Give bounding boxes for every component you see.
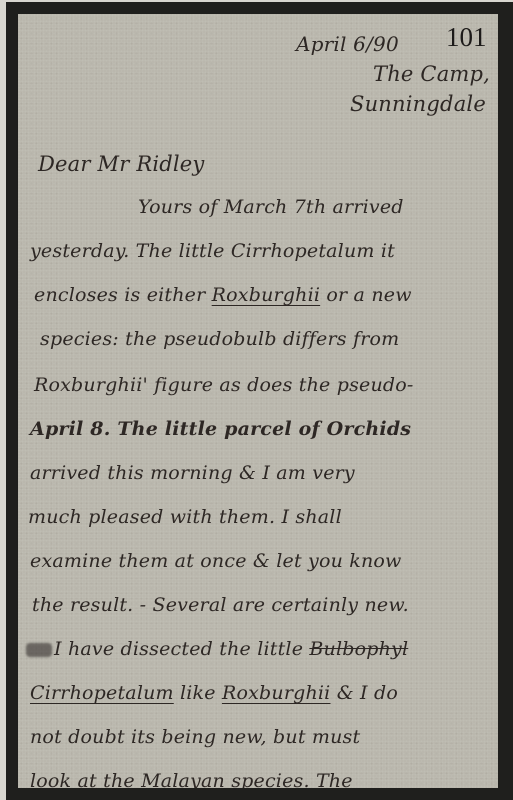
genus-name: Cirrhopetalum bbox=[231, 240, 375, 262]
underlined-genus-name: Cirrhopetalum bbox=[30, 682, 174, 704]
body-text: examine them at once & let you know bbox=[30, 550, 402, 572]
body-text: like bbox=[174, 682, 222, 704]
body-line: encloses is either Roxburghii or a new bbox=[34, 284, 412, 306]
body-text: I have dissected the little bbox=[54, 638, 309, 660]
body-text: look at the Malayan species. The bbox=[30, 770, 353, 788]
address-line-1: The Camp, bbox=[373, 62, 490, 86]
body-line: not doubt its being new, but must bbox=[30, 726, 360, 748]
body-line: much pleased with them. I shall bbox=[28, 506, 342, 528]
ink-blot-crossed-out bbox=[26, 643, 52, 657]
body-text: Roxburghii' figure as does the pseudo- bbox=[34, 374, 414, 396]
body-line: the result. - Several are certainly new. bbox=[32, 594, 409, 616]
body-text: not doubt its being new, but must bbox=[30, 726, 360, 748]
body-text: Yours of March 7th arrived bbox=[138, 196, 404, 218]
body-text: it bbox=[375, 240, 395, 262]
body-text: the result. - Several are certainly new. bbox=[32, 594, 409, 616]
body-line: I have dissected the little Bulbophyl bbox=[26, 638, 408, 660]
body-text: & I do bbox=[330, 682, 398, 704]
body-line: Cirrhopetalum like Roxburghii & I do bbox=[30, 682, 398, 704]
body-text: or a new bbox=[320, 284, 412, 306]
struck-out-word: Bulbophyl bbox=[309, 638, 408, 660]
underlined-species-name: Roxburghii bbox=[212, 284, 321, 306]
body-text: April 8. The little parcel of Orchids bbox=[30, 418, 411, 440]
body-line: species: the pseudobulb differs from bbox=[40, 328, 399, 350]
body-text: arrived this morning & I am very bbox=[30, 462, 355, 484]
body-text: yesterday. The little bbox=[30, 240, 231, 262]
underlined-species-name: Roxburghii bbox=[222, 682, 331, 704]
body-text: much pleased with them. I shall bbox=[28, 506, 342, 528]
body-text: encloses is either bbox=[34, 284, 212, 306]
body-line: look at the Malayan species. The bbox=[30, 770, 353, 788]
letter-date: April 6/90 bbox=[296, 32, 399, 56]
address-line-2: Sunningdale bbox=[350, 92, 486, 116]
body-line: examine them at once & let you know bbox=[30, 550, 402, 572]
archive-number-stamp: 101 bbox=[446, 22, 487, 53]
salutation: Dear Mr Ridley bbox=[38, 152, 205, 176]
body-line: Roxburghii' figure as does the pseudo- bbox=[34, 374, 414, 396]
body-line: April 8. The little parcel of Orchids bbox=[30, 418, 411, 440]
body-text: species: the pseudobulb differs from bbox=[40, 328, 399, 350]
body-line: yesterday. The little Cirrhopetalum it bbox=[30, 240, 395, 262]
body-line: arrived this morning & I am very bbox=[30, 462, 355, 484]
letter-page: 101 April 6/90 The Camp, Sunningdale Dea… bbox=[18, 14, 498, 788]
body-line: Yours of March 7th arrived bbox=[138, 196, 404, 218]
